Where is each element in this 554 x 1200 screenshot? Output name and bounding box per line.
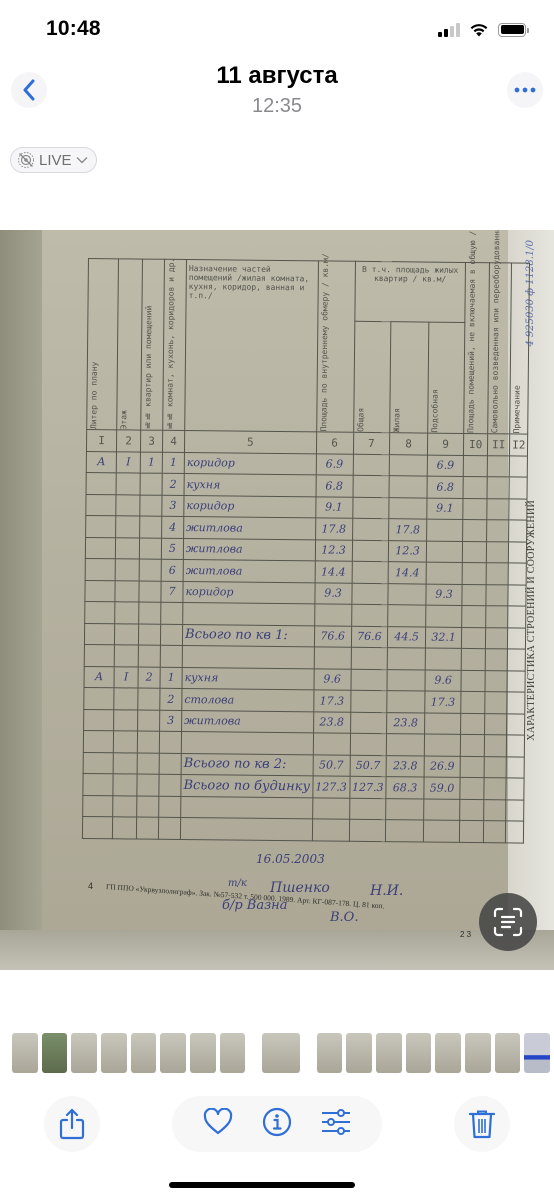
cell-liter xyxy=(86,472,116,494)
cell-apt: 2 xyxy=(138,667,160,689)
thumbnail[interactable] xyxy=(465,1033,491,1073)
cell-empty xyxy=(507,670,525,692)
cell-apt xyxy=(139,602,161,624)
cell-empty xyxy=(485,713,507,735)
cell-empty xyxy=(486,584,508,606)
cell-area xyxy=(314,647,351,669)
cell-aux: 26.9 xyxy=(424,756,460,778)
cell-apt xyxy=(137,774,159,796)
cell-purpose: коридор xyxy=(183,581,315,604)
cell-liter: А xyxy=(84,666,114,688)
info-button[interactable] xyxy=(262,1107,292,1142)
cell-empty xyxy=(459,820,483,842)
cell-purpose xyxy=(181,796,313,819)
col-number: II xyxy=(488,434,510,456)
cell-area: 6.9 xyxy=(316,453,353,475)
cell-empty xyxy=(509,477,527,499)
thumbnail-current[interactable] xyxy=(262,1033,300,1073)
col-header-auxiliary: Подсобная xyxy=(430,323,440,433)
cell-apt xyxy=(137,796,159,818)
cell-room xyxy=(159,796,181,818)
cell-apt xyxy=(140,495,162,517)
cell-apt xyxy=(139,538,161,560)
page-subtitle: 12:35 xyxy=(0,95,554,118)
info-icon xyxy=(262,1107,292,1137)
cell-purpose xyxy=(183,603,315,626)
col-header-area: Площадь по внутреннему обмеру / кв.м/ xyxy=(319,261,330,431)
cell-room xyxy=(160,645,182,667)
cell-empty xyxy=(463,519,487,541)
table-row xyxy=(82,816,524,842)
cell-apt xyxy=(137,753,159,775)
photo-viewer[interactable]: 4 925030 ф 1128.1/0 ХАРАКТЕРИСТИКА СТРОЕ… xyxy=(0,230,554,970)
cell-purpose: кухня xyxy=(184,474,316,497)
cell-room: 7 xyxy=(161,581,183,603)
cell-empty xyxy=(461,670,485,692)
signature-2-initials: В.О. xyxy=(330,910,358,925)
home-indicator[interactable] xyxy=(169,1182,355,1188)
cell-empty xyxy=(487,498,509,520)
cell-purpose: житлова xyxy=(183,560,315,583)
live-text-button[interactable] xyxy=(479,893,537,951)
cell-liter xyxy=(83,730,113,752)
cell-liter xyxy=(83,795,113,817)
cell-empty xyxy=(485,692,507,714)
cell-empty xyxy=(462,562,486,584)
more-button[interactable] xyxy=(507,72,543,108)
cell-aux xyxy=(425,713,461,735)
cell-empty xyxy=(485,627,507,649)
cell-total xyxy=(351,604,388,626)
cell-room: 1 xyxy=(162,452,184,474)
cell-area: 9.1 xyxy=(315,496,352,518)
adjust-button[interactable] xyxy=(321,1109,351,1140)
cell-aux xyxy=(424,799,460,821)
cell-purpose: коридор xyxy=(184,495,316,518)
nav-header: 11 августа 12:35 xyxy=(0,60,554,130)
cell-total xyxy=(352,540,389,562)
cell-empty xyxy=(483,821,505,843)
cell-empty xyxy=(461,627,485,649)
cell-living: 44.5 xyxy=(387,626,425,648)
cell-living xyxy=(387,669,425,691)
cell-living xyxy=(385,820,423,842)
cell-aux xyxy=(425,648,461,670)
col-number: I2 xyxy=(510,434,528,456)
cell-aux xyxy=(426,562,462,584)
cell-floor xyxy=(113,774,137,796)
cell-empty xyxy=(508,584,526,606)
cell-apt xyxy=(140,473,162,495)
cell-floor xyxy=(114,709,138,731)
thumbnail[interactable] xyxy=(220,1033,246,1073)
cell-room: 3 xyxy=(162,495,184,517)
cell-empty xyxy=(463,455,487,477)
status-icons xyxy=(438,22,526,37)
live-text-icon xyxy=(493,907,523,937)
cell-floor xyxy=(112,817,136,839)
cell-area xyxy=(312,819,349,841)
col-number: 6 xyxy=(316,432,353,454)
cell-room xyxy=(161,602,183,624)
thumbnail[interactable] xyxy=(524,1033,550,1073)
cell-aux: 9.1 xyxy=(427,498,463,520)
cell-empty xyxy=(484,799,506,821)
cell-total xyxy=(350,712,387,734)
cell-living xyxy=(389,497,427,519)
cell-liter: А xyxy=(86,451,116,473)
cell-aux xyxy=(426,541,462,563)
cell-empty xyxy=(509,498,527,520)
cell-total xyxy=(351,669,388,691)
cell-total xyxy=(351,583,388,605)
cell-empty xyxy=(508,606,526,628)
cell-empty xyxy=(485,649,507,671)
cell-empty xyxy=(462,541,486,563)
chevron-down-icon xyxy=(76,156,88,164)
cell-apt xyxy=(137,731,159,753)
cell-liter xyxy=(84,687,114,709)
cell-area: 76.6 xyxy=(314,625,351,647)
col-header-unauthorized: Самовольно возведенная или переоборудова… xyxy=(490,263,501,433)
cell-liter xyxy=(86,494,116,516)
cell-aux: 9.3 xyxy=(426,584,462,606)
cell-liter xyxy=(83,752,113,774)
cell-room: 2 xyxy=(162,473,184,495)
cell-room: 6 xyxy=(161,559,183,581)
cell-living xyxy=(388,605,426,627)
cell-floor xyxy=(116,494,140,516)
col-number: 7 xyxy=(353,432,390,454)
cell-empty xyxy=(461,713,485,735)
cell-empty xyxy=(506,735,524,757)
cell-total xyxy=(349,819,386,841)
share-button[interactable] xyxy=(44,1096,100,1152)
cell-area: 9.3 xyxy=(314,582,351,604)
cell-total: 50.7 xyxy=(350,755,387,777)
cell-living: 68.3 xyxy=(386,777,424,799)
cell-purpose: житлова xyxy=(184,517,316,540)
page-title: 11 августа xyxy=(0,62,554,90)
cell-living xyxy=(386,798,424,820)
live-photo-badge[interactable]: LIVE xyxy=(10,147,97,173)
cell-liter xyxy=(83,773,113,795)
cell-empty xyxy=(486,563,508,585)
cell-empty xyxy=(462,584,486,606)
col-number: 8 xyxy=(390,433,428,455)
cell-room xyxy=(159,774,181,796)
cell-empty xyxy=(462,605,486,627)
cell-aux: 32.1 xyxy=(425,627,461,649)
col-number: 2 xyxy=(116,430,140,452)
cell-empty xyxy=(507,649,525,671)
cell-aux xyxy=(427,519,463,541)
cell-living xyxy=(386,734,424,756)
cell-empty xyxy=(460,734,484,756)
cell-living: 12.3 xyxy=(388,540,426,562)
thumbnail[interactable] xyxy=(406,1033,432,1073)
col-header-living: Жилая xyxy=(392,322,402,432)
thumbnail[interactable] xyxy=(101,1033,127,1073)
thumbnail[interactable] xyxy=(160,1033,186,1073)
cell-empty xyxy=(460,756,484,778)
thumbnail[interactable] xyxy=(376,1033,402,1073)
cell-liter xyxy=(85,601,115,623)
col-number: 4 xyxy=(162,430,184,452)
cell-floor xyxy=(114,688,138,710)
cell-purpose: кухня xyxy=(182,667,314,690)
thumbnail[interactable] xyxy=(346,1033,372,1073)
live-label: LIVE xyxy=(39,152,72,169)
cell-apt xyxy=(138,688,160,710)
cell-purpose: Всього по будинку xyxy=(181,775,313,798)
trash-icon xyxy=(469,1109,495,1139)
heart-icon xyxy=(203,1108,233,1135)
cell-liter xyxy=(85,558,115,580)
side-label: ХАРАКТЕРИСТИКА СТРОЕНИЙ И СООРУЖЕНИЙ xyxy=(526,500,537,741)
cell-empty xyxy=(506,756,524,778)
wifi-icon xyxy=(469,22,489,37)
cell-purpose xyxy=(182,646,314,669)
signature-1-prefix: т/к xyxy=(228,878,247,889)
cell-apt xyxy=(138,624,160,646)
cell-apt: 1 xyxy=(140,452,162,474)
cell-room xyxy=(159,753,181,775)
cell-empty xyxy=(487,520,509,542)
cell-room: 1 xyxy=(160,667,182,689)
cell-floor xyxy=(114,645,138,667)
cell-total xyxy=(350,733,387,755)
cell-empty xyxy=(509,520,527,542)
cell-purpose: столова xyxy=(182,689,314,712)
thumbnail[interactable] xyxy=(190,1033,216,1073)
cell-empty xyxy=(508,541,526,563)
cell-living xyxy=(388,583,426,605)
signature-date: 16.05.2003 xyxy=(256,852,325,866)
cell-room: 3 xyxy=(160,710,182,732)
cell-empty xyxy=(486,606,508,628)
cell-area xyxy=(314,604,351,626)
cell-purpose: Всього по кв 1: xyxy=(182,624,314,647)
col-header-excluded: Площадь помещений, не включаемая в общую… xyxy=(466,263,477,433)
cell-room xyxy=(159,731,181,753)
cell-empty xyxy=(506,778,524,800)
col-header-floor: Этаж xyxy=(119,259,130,429)
cell-area: 6.8 xyxy=(316,475,353,497)
table-body: АI11коридор6.96.92кухня6.86.83коридор9.1… xyxy=(82,451,527,843)
cell-floor xyxy=(113,795,137,817)
cell-purpose: житлова xyxy=(182,710,314,733)
cell-area: 23.8 xyxy=(313,711,350,733)
cell-apt xyxy=(138,645,160,667)
cell-empty xyxy=(507,692,525,714)
cell-empty xyxy=(507,713,525,735)
cell-liter xyxy=(84,623,114,645)
thumbnail[interactable] xyxy=(495,1033,521,1073)
cell-floor xyxy=(116,516,140,538)
cell-empty xyxy=(460,799,484,821)
cell-empty xyxy=(509,455,527,477)
photo-actions-group xyxy=(172,1096,382,1152)
cell-empty xyxy=(486,541,508,563)
live-off-icon xyxy=(17,151,35,169)
cell-floor xyxy=(113,731,137,753)
share-icon xyxy=(59,1108,85,1140)
bottom-toolbar xyxy=(0,1096,554,1154)
cell-empty xyxy=(487,455,509,477)
cell-aux xyxy=(423,820,459,842)
cell-floor xyxy=(115,580,139,602)
thumbnail[interactable] xyxy=(42,1033,68,1073)
thumbnail[interactable] xyxy=(12,1033,38,1073)
page-number: 4 xyxy=(88,881,93,891)
col-number: 9 xyxy=(428,433,464,455)
thumbnail-strip[interactable] xyxy=(0,1033,554,1073)
cell-area: 14.4 xyxy=(315,561,352,583)
cell-liter xyxy=(84,709,114,731)
cell-floor xyxy=(115,602,139,624)
cell-empty xyxy=(463,476,487,498)
col-number: I0 xyxy=(464,433,488,455)
cell-aux: 9.6 xyxy=(425,670,461,692)
cell-living xyxy=(387,691,425,713)
cell-liter xyxy=(86,515,116,537)
cell-purpose: Всього по кв 2: xyxy=(181,753,313,776)
col-number: I xyxy=(86,429,116,451)
cell-living: 17.8 xyxy=(389,519,427,541)
col-number: 5 xyxy=(184,431,316,454)
printer-code: 2 3 xyxy=(460,930,471,939)
cell-floor xyxy=(116,473,140,495)
thumbnail[interactable] xyxy=(71,1033,97,1073)
status-time: 10:48 xyxy=(46,17,101,41)
battery-icon xyxy=(498,23,526,37)
cell-living: 23.8 xyxy=(387,712,425,734)
cell-floor xyxy=(115,559,139,581)
cell-floor xyxy=(114,623,138,645)
cell-area: 12.3 xyxy=(315,539,352,561)
cell-room: 2 xyxy=(160,688,182,710)
cell-area: 17.3 xyxy=(313,690,350,712)
cell-liter xyxy=(85,537,115,559)
cell-total xyxy=(353,475,390,497)
photo-background xyxy=(0,230,46,970)
signature-1-initials: Н.И. xyxy=(370,883,403,899)
cell-apt xyxy=(139,581,161,603)
cell-liter xyxy=(85,580,115,602)
cell-room: 5 xyxy=(161,538,183,560)
cell-empty xyxy=(485,670,507,692)
favorite-button[interactable] xyxy=(203,1108,233,1140)
cell-floor xyxy=(115,537,139,559)
col-header-liter: Литер по плану xyxy=(89,259,100,429)
cell-area: 9.6 xyxy=(314,668,351,690)
cell-empty xyxy=(461,648,485,670)
cell-living xyxy=(389,476,427,498)
cell-empty xyxy=(506,799,524,821)
cell-living: 14.4 xyxy=(388,562,426,584)
cell-area: 127.3 xyxy=(312,776,349,798)
cell-floor: I xyxy=(114,666,138,688)
table-header-row: Литер по плану Этаж №№ квартир или помещ… xyxy=(88,259,530,324)
cell-room xyxy=(158,817,180,839)
cell-empty xyxy=(508,563,526,585)
cell-empty xyxy=(507,627,525,649)
cell-empty xyxy=(461,691,485,713)
cell-room xyxy=(160,624,182,646)
cell-empty xyxy=(463,498,487,520)
cell-apt xyxy=(140,516,162,538)
cell-total xyxy=(352,561,389,583)
sliders-icon xyxy=(321,1109,351,1135)
cell-area xyxy=(313,733,350,755)
cell-empty xyxy=(460,777,484,799)
cell-purpose xyxy=(181,732,313,755)
cell-total: 76.6 xyxy=(351,626,388,648)
cell-total xyxy=(352,497,389,519)
cell-purpose xyxy=(180,818,312,841)
cell-floor: I xyxy=(116,451,140,473)
cell-area xyxy=(312,797,349,819)
area-table: Литер по плану Этаж №№ квартир или помещ… xyxy=(82,258,530,843)
cell-aux: 6.8 xyxy=(427,476,463,498)
status-bar: 10:48 xyxy=(0,0,554,60)
cell-total xyxy=(353,454,390,476)
cell-room: 4 xyxy=(162,516,184,538)
cell-living xyxy=(389,454,427,476)
ellipsis-icon xyxy=(514,87,536,93)
cell-empty xyxy=(484,778,506,800)
cell-aux xyxy=(426,605,462,627)
delete-button[interactable] xyxy=(454,1096,510,1152)
col-header-apartment: №№ квартир или помещений xyxy=(143,260,154,430)
cell-area: 50.7 xyxy=(313,754,350,776)
cell-apt xyxy=(136,817,158,839)
cell-area: 17.8 xyxy=(315,518,352,540)
cell-apt xyxy=(139,559,161,581)
cell-purpose: коридор xyxy=(184,452,316,475)
cell-total: 127.3 xyxy=(349,776,386,798)
cell-liter xyxy=(84,644,114,666)
cell-empty xyxy=(505,821,523,843)
cell-apt xyxy=(138,710,160,732)
thumbnail[interactable] xyxy=(317,1033,343,1073)
cell-purpose: житлова xyxy=(183,538,315,561)
thumbnail[interactable] xyxy=(435,1033,461,1073)
cell-aux xyxy=(424,734,460,756)
cell-empty xyxy=(487,477,509,499)
cell-total xyxy=(351,647,388,669)
col-number: 3 xyxy=(140,430,162,452)
col-group-header: В т.ч. площадь жилых квартир / кв.м/ xyxy=(354,261,465,322)
signal-icon xyxy=(438,23,460,37)
cell-floor xyxy=(113,752,137,774)
cell-living: 23.8 xyxy=(386,755,424,777)
cell-aux: 59.0 xyxy=(424,777,460,799)
thumbnail[interactable] xyxy=(131,1033,157,1073)
col-header-note: Примечание xyxy=(512,263,523,433)
cell-empty xyxy=(484,756,506,778)
cell-total xyxy=(352,518,389,540)
col-header-purpose: Назначение частей помещений /жилая комна… xyxy=(185,260,318,432)
cell-liter xyxy=(82,816,112,838)
cell-total xyxy=(350,690,387,712)
cell-aux: 17.3 xyxy=(425,691,461,713)
cell-living xyxy=(387,648,425,670)
cell-total xyxy=(349,798,386,820)
cell-empty xyxy=(484,735,506,757)
cell-aux: 6.9 xyxy=(427,455,463,477)
